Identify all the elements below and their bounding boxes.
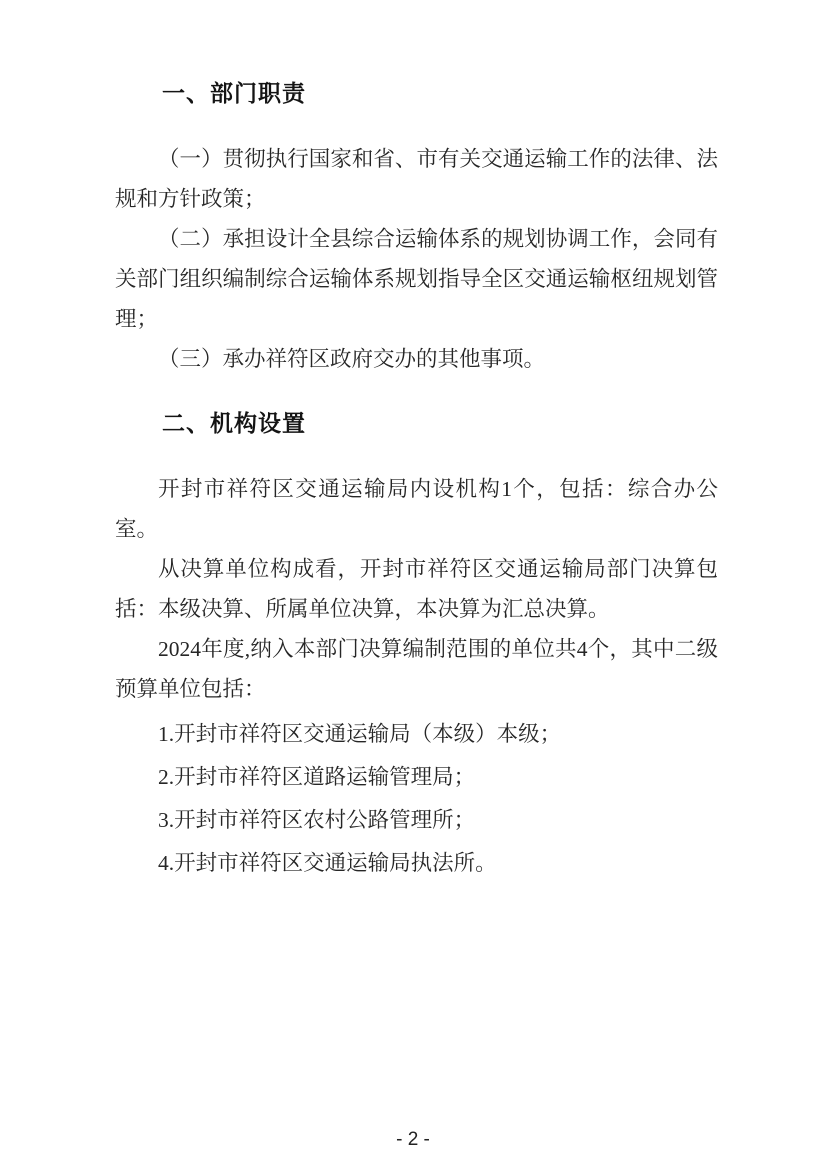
section-2-paragraph-3: 2024年度,纳入本部门决算编制范围的单位共4个，其中二级预算单位包括： — [115, 629, 718, 709]
section-1-heading: 一、部门职责 — [162, 78, 718, 108]
section-2-paragraph-2: 从决算单位构成看，开封市祥符区交通运输局部门决算包括：本级决算、所属单位决算，本… — [115, 549, 718, 629]
budget-unit-item-1: 1.开封市祥符区交通运输局（本级）本级； — [115, 713, 718, 756]
document-page: { "document": { "sections": [ { "heading… — [0, 0, 826, 1169]
budget-unit-list: 1.开封市祥符区交通运输局（本级）本级； 2.开封市祥符区道路运输管理局； 3.… — [115, 713, 718, 885]
section-1-paragraph-2: （二）承担设计全县综合运输体系的规划协调工作，会同有关部门组织编制综合运输体系规… — [115, 219, 718, 339]
budget-unit-item-2: 2.开封市祥符区道路运输管理局； — [115, 756, 718, 799]
document-content: 一、部门职责 （一）贯彻执行国家和省、市有关交通运输工作的法律、法规和方针政策；… — [115, 0, 718, 885]
section-1-paragraph-1: （一）贯彻执行国家和省、市有关交通运输工作的法律、法规和方针政策； — [115, 139, 718, 219]
section-2-heading: 二、机构设置 — [162, 408, 718, 438]
section-2-paragraph-1: 开封市祥符区交通运输局内设机构1个，包括：综合办公室。 — [115, 469, 718, 549]
section-1-paragraph-3: （三）承办祥符区政府交办的其他事项。 — [115, 339, 718, 379]
budget-unit-item-4: 4.开封市祥符区交通运输局执法所。 — [115, 842, 718, 885]
page-number: - 2 - — [0, 1128, 826, 1152]
budget-unit-item-3: 3.开封市祥符区农村公路管理所； — [115, 799, 718, 842]
